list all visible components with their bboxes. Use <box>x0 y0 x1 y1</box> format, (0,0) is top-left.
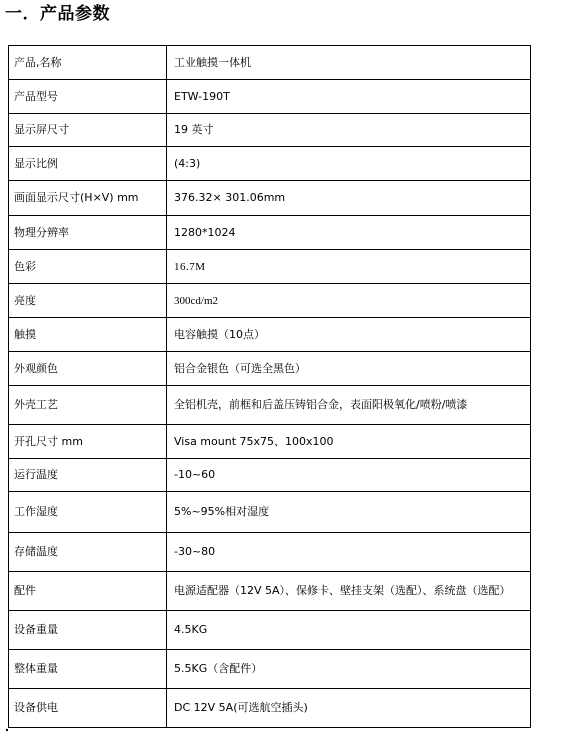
table-row-humidity: 工作湿度 5%~95%相对湿度 <box>9 492 531 533</box>
table-row-power-supply: 设备供电 DC 12V 5A(可选航空插头) <box>9 689 531 728</box>
row-value: ETW-190T <box>167 80 531 114</box>
stray-dot-mark <box>6 729 8 731</box>
table-row-product-name: 产品,名称 工业触摸一体机 <box>9 46 531 80</box>
row-label: 触摸 <box>9 318 167 352</box>
row-value: -30~80 <box>167 533 531 572</box>
row-label: 配件 <box>9 572 167 611</box>
table-row-mount-size: 开孔尺寸 mm Visa mount 75x75、100x100 <box>9 425 531 459</box>
row-label: 显示屏尺寸 <box>9 114 167 147</box>
row-label: 外壳工艺 <box>9 386 167 425</box>
row-value: 1280*1024 <box>167 216 531 250</box>
row-label: 产品型号 <box>9 80 167 114</box>
row-value: 4.5KG <box>167 611 531 650</box>
row-label: 显示比例 <box>9 147 167 181</box>
row-label: 开孔尺寸 mm <box>9 425 167 459</box>
section-heading: 一．产品参数 <box>5 3 110 25</box>
row-value: 电容触摸（10点） <box>167 318 531 352</box>
table-row-storage-temp: 存储温度 -30~80 <box>9 533 531 572</box>
row-label: 亮度 <box>9 284 167 318</box>
row-label: 产品,名称 <box>9 46 167 80</box>
row-label: 色彩 <box>9 250 167 284</box>
table-row-display-area: 画面显示尺寸(H×V) mm 376.32× 301.06mm <box>9 181 531 216</box>
table-row-operating-temp: 运行温度 -10~60 <box>9 459 531 492</box>
row-label: 设备重量 <box>9 611 167 650</box>
table-row-aspect-ratio: 显示比例 (4:3) <box>9 147 531 181</box>
row-value: 5.5KG（含配件） <box>167 650 531 689</box>
table-row-appearance-color: 外观颜色 铝合金银色（可选全黑色） <box>9 352 531 386</box>
table-row-housing-process: 外壳工艺 全铝机壳，前框和后盖压铸铝合金，表面阳极氧化/喷粉/喷漆 <box>9 386 531 425</box>
row-label: 工作湿度 <box>9 492 167 533</box>
row-value: 工业触摸一体机 <box>167 46 531 80</box>
row-value: 300cd/m2 <box>167 284 531 318</box>
row-value: 19 英寸 <box>167 114 531 147</box>
row-value: DC 12V 5A(可选航空插头) <box>167 689 531 728</box>
table-row-touch: 触摸 电容触摸（10点） <box>9 318 531 352</box>
row-label: 物理分辨率 <box>9 216 167 250</box>
row-value: (4:3) <box>167 147 531 181</box>
row-label: 运行温度 <box>9 459 167 492</box>
row-value: 5%~95%相对湿度 <box>167 492 531 533</box>
table-row-color: 色彩 16.7M <box>9 250 531 284</box>
row-value: 铝合金银色（可选全黑色） <box>167 352 531 386</box>
row-value: -10~60 <box>167 459 531 492</box>
table-row-total-weight: 整体重量 5.5KG（含配件） <box>9 650 531 689</box>
row-label: 外观颜色 <box>9 352 167 386</box>
row-label: 画面显示尺寸(H×V) mm <box>9 181 167 216</box>
row-value: 电源适配器（12V 5A）、保修卡、壁挂支架（选配）、系统盘（选配） <box>167 572 531 611</box>
row-value: 376.32× 301.06mm <box>167 181 531 216</box>
table-row-model: 产品型号 ETW-190T <box>9 80 531 114</box>
table-row-device-weight: 设备重量 4.5KG <box>9 611 531 650</box>
row-value: 全铝机壳，前框和后盖压铸铝合金，表面阳极氧化/喷粉/喷漆 <box>167 386 531 425</box>
row-value: Visa mount 75x75、100x100 <box>167 425 531 459</box>
row-label: 整体重量 <box>9 650 167 689</box>
table-row-brightness: 亮度 300cd/m2 <box>9 284 531 318</box>
table-row-accessories: 配件 电源适配器（12V 5A）、保修卡、壁挂支架（选配）、系统盘（选配） <box>9 572 531 611</box>
table-row-resolution: 物理分辨率 1280*1024 <box>9 216 531 250</box>
row-label: 设备供电 <box>9 689 167 728</box>
row-label: 存储温度 <box>9 533 167 572</box>
row-value: 16.7M <box>167 250 531 284</box>
table-row-screen-size: 显示屏尺寸 19 英寸 <box>9 114 531 147</box>
product-spec-table: 产品,名称 工业触摸一体机 产品型号 ETW-190T 显示屏尺寸 19 英寸 … <box>8 45 531 728</box>
